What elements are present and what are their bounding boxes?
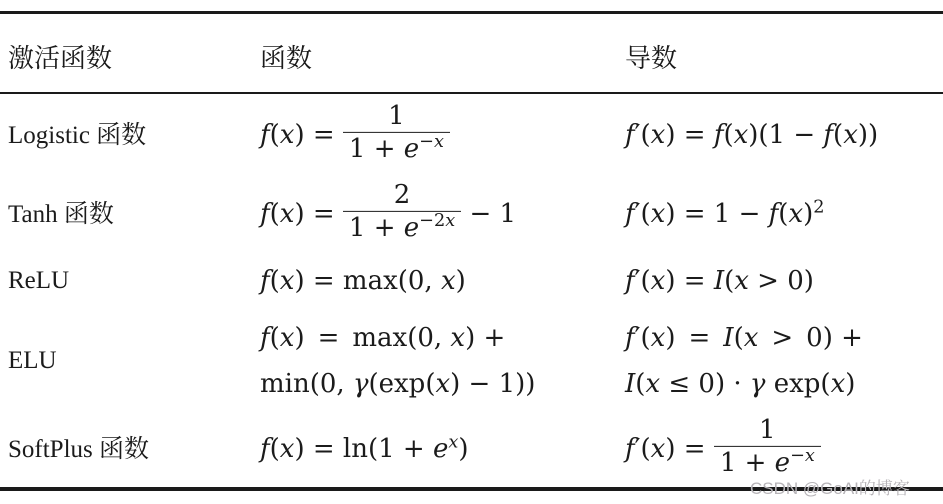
activation-name: ReLU	[0, 252, 252, 310]
header-row: 激活函数 函数 导数	[0, 13, 943, 94]
function-cell: f(x) = ln(1 + ex)	[252, 412, 617, 489]
col-header-function: 函数	[252, 13, 617, 94]
function-formula: f(x) = 21 + e−2x − 1	[260, 199, 516, 229]
derivative-cell: f′(x) = I(x > 0)	[617, 252, 943, 310]
derivative-formula: f′(x) = f(x)(1 − f(x))	[625, 120, 878, 150]
function-formula: f(x) = 11 + e−x	[260, 120, 450, 150]
derivative-formula: f′(x) = I(x > 0) +I(x ≤ 0) · γ exp(x)	[625, 323, 863, 400]
activation-name: Tanh 函数	[0, 177, 252, 252]
function-formula: f(x) = max(0, x) +min(0, γ(exp(x) − 1))	[260, 323, 535, 400]
function-formula: f(x) = max(0, x)	[260, 266, 466, 296]
function-cell: f(x) = 21 + e−2x − 1	[252, 177, 617, 252]
table-row: Tanh 函数f(x) = 21 + e−2x − 1f′(x) = 1 − f…	[0, 177, 943, 252]
col-header-activation-function: 激活函数	[0, 13, 252, 94]
table-row: ELUf(x) = max(0, x) +min(0, γ(exp(x) − 1…	[0, 310, 943, 412]
activation-functions-table: 激活函数 函数 导数 Logistic 函数f(x) = 11 + e−xf′(…	[0, 11, 943, 491]
csdn-watermark: CSDN @GoAI的博客	[750, 474, 910, 499]
function-formula: f(x) = ln(1 + ex)	[260, 434, 469, 464]
derivative-cell: f′(x) = 1 − f(x)2	[617, 177, 943, 252]
col-header-derivative: 导数	[617, 13, 943, 94]
table-row: ReLUf(x) = max(0, x)f′(x) = I(x > 0)	[0, 252, 943, 310]
derivative-cell: f′(x) = f(x)(1 − f(x))	[617, 93, 943, 177]
derivative-formula: f′(x) = 1 − f(x)2	[625, 199, 825, 229]
function-cell: f(x) = max(0, x)	[252, 252, 617, 310]
activation-name: Logistic 函数	[0, 93, 252, 177]
table-row: Logistic 函数f(x) = 11 + e−xf′(x) = f(x)(1…	[0, 93, 943, 177]
derivative-cell: f′(x) = I(x > 0) +I(x ≤ 0) · γ exp(x)	[617, 310, 943, 412]
activation-name: SoftPlus 函数	[0, 412, 252, 489]
function-cell: f(x) = 11 + e−x	[252, 93, 617, 177]
activation-name: ELU	[0, 310, 252, 412]
function-cell: f(x) = max(0, x) +min(0, γ(exp(x) − 1))	[252, 310, 617, 412]
derivative-formula: f′(x) = I(x > 0)	[625, 266, 814, 296]
derivative-formula: f′(x) = 11 + e−x	[625, 434, 821, 464]
